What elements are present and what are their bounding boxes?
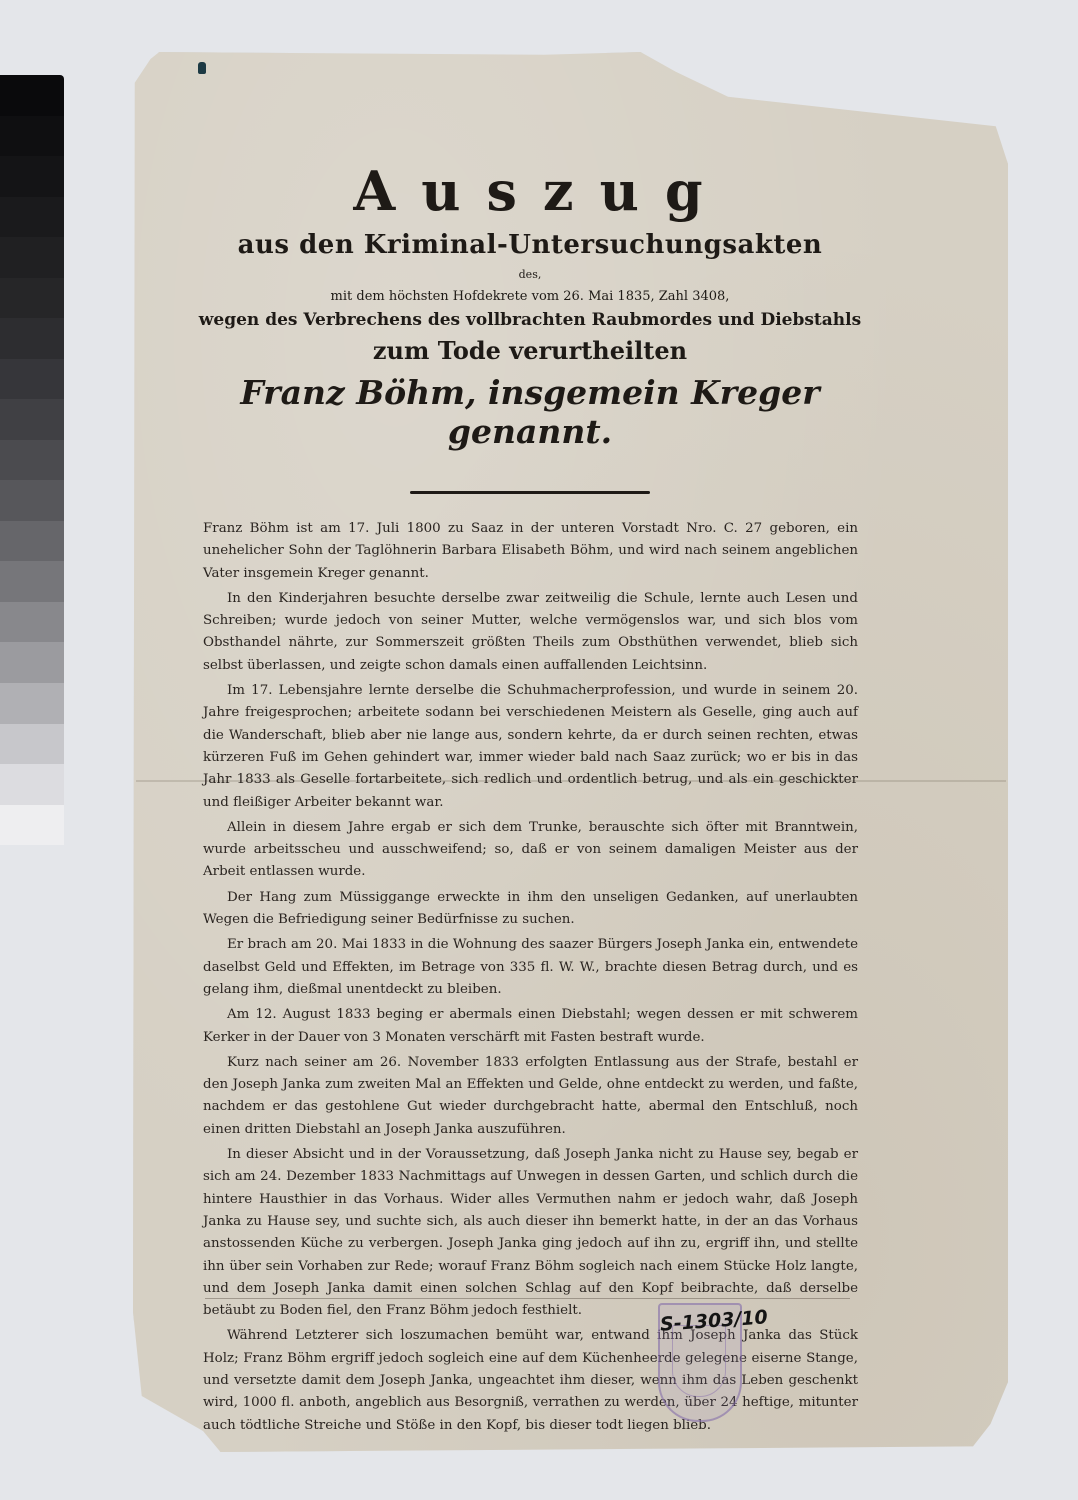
gray-swatch: [0, 602, 64, 643]
document-heading: Auszug aus den Kriminal-Untersuchungsakt…: [195, 150, 865, 494]
gray-swatch: [0, 156, 64, 197]
paragraph: Kurz nach seiner am 26. November 1833 er…: [203, 1052, 858, 1141]
gray-swatch: [0, 440, 64, 481]
gray-swatch: [0, 521, 64, 562]
gray-swatch: [0, 642, 64, 683]
gray-swatch: [0, 683, 64, 724]
paragraph: Er brach am 20. Mai 1833 in die Wohnung …: [203, 934, 858, 1001]
ink-spot: [198, 62, 206, 74]
gray-swatch: [0, 399, 64, 440]
divider-rule: [410, 491, 650, 494]
sentenced-line: zum Tode verurtheilten: [195, 336, 865, 365]
paragraph: Im 17. Lebensjahre lernte derselbe die S…: [203, 680, 858, 814]
gray-swatch: [0, 764, 64, 805]
document-title: Auszug: [217, 164, 865, 218]
paragraph: In dieser Absicht und in der Voraussetzu…: [203, 1144, 858, 1322]
paragraph: Am 12. August 1833 beging er abermals ei…: [203, 1004, 858, 1049]
gray-swatch: [0, 116, 64, 157]
des-line: des,: [195, 268, 865, 281]
document-body: Franz Böhm ist am 17. Juli 1800 zu Saaz …: [203, 518, 858, 1440]
gray-swatch: [0, 480, 64, 521]
gray-swatch: [0, 278, 64, 319]
bottom-rule: [205, 1298, 850, 1299]
gray-swatch: [0, 561, 64, 602]
paragraph: In den Kinderjahren besuchte derselbe zw…: [203, 588, 858, 677]
gray-swatch: [0, 75, 64, 116]
paragraph: Franz Böhm ist am 17. Juli 1800 zu Saaz …: [203, 518, 858, 585]
convict-name: Franz Böhm, insgemein Kreger genannt.: [195, 373, 865, 451]
document-subtitle: aus den Kriminal-Untersuchungsakten: [195, 230, 865, 260]
gray-swatch: [0, 318, 64, 359]
gray-swatch: [0, 805, 64, 845]
gray-swatch: [0, 724, 64, 765]
gray-swatch: [0, 359, 64, 400]
decree-line: mit dem höchsten Hofdekrete vom 26. Mai …: [195, 289, 865, 304]
gray-scale-calibration-strip: [0, 75, 64, 845]
paragraph: Während Letzterer sich loszumachen bemüh…: [203, 1325, 858, 1436]
crime-line: wegen des Verbrechens des vollbrachten R…: [195, 310, 865, 330]
gray-swatch: [0, 197, 64, 238]
paragraph: Der Hang zum Müssiggange erweckte in ihm…: [203, 887, 858, 932]
gray-swatch: [0, 237, 64, 278]
paragraph: Allein in diesem Jahre ergab er sich dem…: [203, 817, 858, 884]
